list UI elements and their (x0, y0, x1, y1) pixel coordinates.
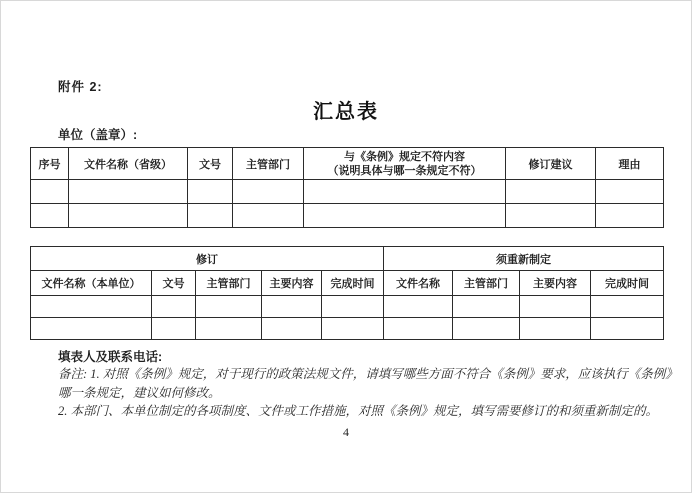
header-cell-revision-suggestion: 修订建议 (506, 148, 596, 180)
header-cell-completion-time2: 完成时间 (591, 271, 664, 296)
filler-contact-label: 填表人及联系电话: (58, 347, 162, 365)
noncompliance-summary-table: 序号 文件名称（省级） 文号 主管部门 与《条例》规定不符内容 （说明具体与哪一… (30, 147, 664, 228)
note-line-3: 2. 本部门、本单位制定的各项制度、文件或工作措施，对照《条例》规定，填写需要修… (58, 402, 658, 421)
group-header-reformulate: 须重新制定 (384, 247, 664, 271)
empty-cell (69, 180, 188, 204)
revision-rework-table: 修订 须重新制定 文件名称（本单位） 文号 主管部门 主要内容 完成时间 文件名… (30, 246, 664, 340)
empty-cell (384, 318, 453, 340)
header-cell-department: 主管部门 (233, 148, 304, 180)
header-cell-maincontent: 主要内容 (262, 271, 322, 296)
header-cell-department: 主管部门 (196, 271, 262, 296)
header-cell-completion-time: 完成时间 (322, 271, 384, 296)
table-row (31, 204, 664, 228)
empty-cell (322, 296, 384, 318)
empty-cell (596, 204, 664, 228)
empty-cell (69, 204, 188, 228)
empty-cell (506, 180, 596, 204)
empty-cell (152, 318, 196, 340)
empty-cell (31, 180, 69, 204)
header-cell-department2: 主管部门 (453, 271, 520, 296)
empty-cell (262, 296, 322, 318)
empty-cell (591, 296, 664, 318)
empty-cell (453, 296, 520, 318)
empty-cell (152, 296, 196, 318)
empty-cell (262, 318, 322, 340)
note-line-2: 哪一条规定，建议如何修改。 (58, 384, 658, 403)
header-cell-docnumber: 文号 (188, 148, 233, 180)
table-row (31, 318, 664, 340)
header-cell-docnumber: 文号 (152, 271, 196, 296)
empty-cell (596, 180, 664, 204)
header-cell-filename-provincial: 文件名称（省级） (69, 148, 188, 180)
note-line-1: 备注: 1. 对照《条例》规定，对于现行的政策法规文件，请填写哪些方面不符合《条… (58, 365, 658, 384)
noncompliance-line2: （说明具体与哪一条规定不符） (306, 164, 503, 178)
table-row (31, 296, 664, 318)
unit-seal-label: 单位（盖章）: (58, 125, 137, 143)
attachment-label: 附件 2: (58, 77, 103, 95)
empty-cell (196, 296, 262, 318)
header-cell-reason: 理由 (596, 148, 664, 180)
empty-cell (31, 204, 69, 228)
header-cell-maincontent2: 主要内容 (520, 271, 591, 296)
empty-cell (304, 204, 506, 228)
noncompliance-line1: 与《条例》规定不符内容 (306, 150, 503, 164)
empty-cell (188, 204, 233, 228)
group-header-row: 修订 须重新制定 (31, 247, 664, 271)
remarks-block: 备注: 1. 对照《条例》规定，对于现行的政策法规文件，请填写哪些方面不符合《条… (58, 365, 658, 421)
empty-cell (520, 296, 591, 318)
table-row (31, 180, 664, 204)
empty-cell (31, 296, 152, 318)
empty-cell (31, 318, 152, 340)
header-cell-filename-unit: 文件名称（本单位） (31, 271, 152, 296)
table-header-row: 文件名称（本单位） 文号 主管部门 主要内容 完成时间 文件名称 主管部门 主要… (31, 271, 664, 296)
header-cell-filename: 文件名称 (384, 271, 453, 296)
group-header-revision: 修订 (31, 247, 384, 271)
page-number: 4 (1, 425, 691, 440)
empty-cell (520, 318, 591, 340)
empty-cell (304, 180, 506, 204)
empty-cell (188, 180, 233, 204)
document-page: 附件 2: 汇总表 单位（盖章）: 序号 文件名称（省级） 文号 主管部门 与《… (0, 0, 692, 493)
header-cell-seq: 序号 (31, 148, 69, 180)
header-cell-noncompliance: 与《条例》规定不符内容 （说明具体与哪一条规定不符） (304, 148, 506, 180)
empty-cell (233, 204, 304, 228)
empty-cell (196, 318, 262, 340)
table-header-row: 序号 文件名称（省级） 文号 主管部门 与《条例》规定不符内容 （说明具体与哪一… (31, 148, 664, 180)
empty-cell (233, 180, 304, 204)
empty-cell (322, 318, 384, 340)
page-title: 汇总表 (1, 95, 691, 124)
empty-cell (506, 204, 596, 228)
empty-cell (591, 318, 664, 340)
empty-cell (453, 318, 520, 340)
empty-cell (384, 296, 453, 318)
